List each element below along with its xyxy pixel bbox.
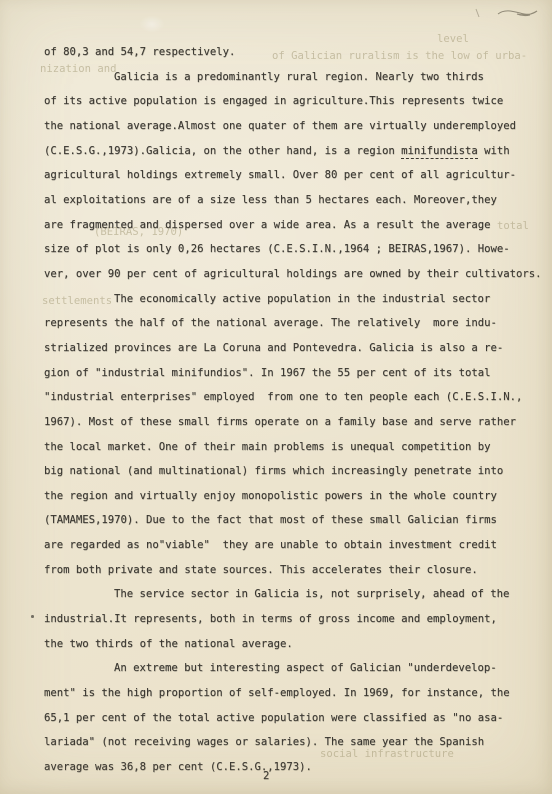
text-line: agricultural holdings extremely small. O… — [44, 163, 546, 188]
text-line: the region and virtually enjoy monopolis… — [44, 484, 546, 509]
text-line: represents the half of the national aver… — [44, 311, 546, 336]
text-line: ver, over 90 per cent of agricultural ho… — [44, 262, 546, 287]
text-line: big national (and multinational) firms w… — [44, 459, 546, 484]
text-line: the national average.Almost one quater o… — [44, 114, 546, 139]
text-line: An extreme but interesting aspect of Gal… — [44, 656, 546, 681]
text-line: the local market. One of their main prob… — [44, 435, 546, 460]
text-line: of its active population is engaged in a… — [44, 89, 546, 114]
text-line: average was 36,8 per cent (C.E.S.G.,1973… — [44, 755, 546, 780]
text-line: the two thirds of the national average. — [44, 632, 546, 657]
text-line: from both private and state sources. Thi… — [44, 558, 546, 583]
text-line: strialized provinces are La Coruna and P… — [44, 336, 546, 361]
text-line: size of plot is only 0,26 hectares (C.E.… — [44, 237, 546, 262]
text-line: The economically active population in th… — [44, 287, 546, 312]
text-line: The service sector in Galicia is, not su… — [44, 582, 546, 607]
scanned-page: levelof Galician ruralism is the low of … — [0, 0, 552, 794]
typewritten-text: of 80,3 and 54,7 respectively.Galicia is… — [44, 40, 546, 780]
text-line: al exploitations are of a size less than… — [44, 188, 546, 213]
underlined-term: minifundista — [401, 145, 478, 160]
pencil-squiggle-mark — [468, 2, 548, 24]
text-line: (C.E.S.G.,1973).Galicia, on the other ha… — [44, 139, 546, 164]
text-line: are regarded as no"viable" they are unab… — [44, 533, 546, 558]
text-line: gion of "industrial minifundios". In 196… — [44, 361, 546, 386]
ink-speck — [31, 615, 34, 618]
text-line: ment" is the high proportion of self-emp… — [44, 681, 546, 706]
text-line: 65,1 per cent of the total active popula… — [44, 706, 546, 731]
text-line: industrial.It represents, both in terms … — [44, 607, 546, 632]
text-line: lariada" (not receiving wages or salarie… — [44, 730, 546, 755]
text-line: 1967). Most of these small firms operate… — [44, 410, 546, 435]
text-line: "industrial enterprises" employed from o… — [44, 385, 546, 410]
text-line: (TAMAMES,1970). Due to the fact that mos… — [44, 508, 546, 533]
text-line: are fragmented and dispersed over a wide… — [44, 213, 546, 238]
text-line: Galicia is a predominantly rural region.… — [44, 65, 546, 90]
text-line: of 80,3 and 54,7 respectively. — [44, 40, 546, 65]
page-number: 2 — [263, 770, 269, 782]
